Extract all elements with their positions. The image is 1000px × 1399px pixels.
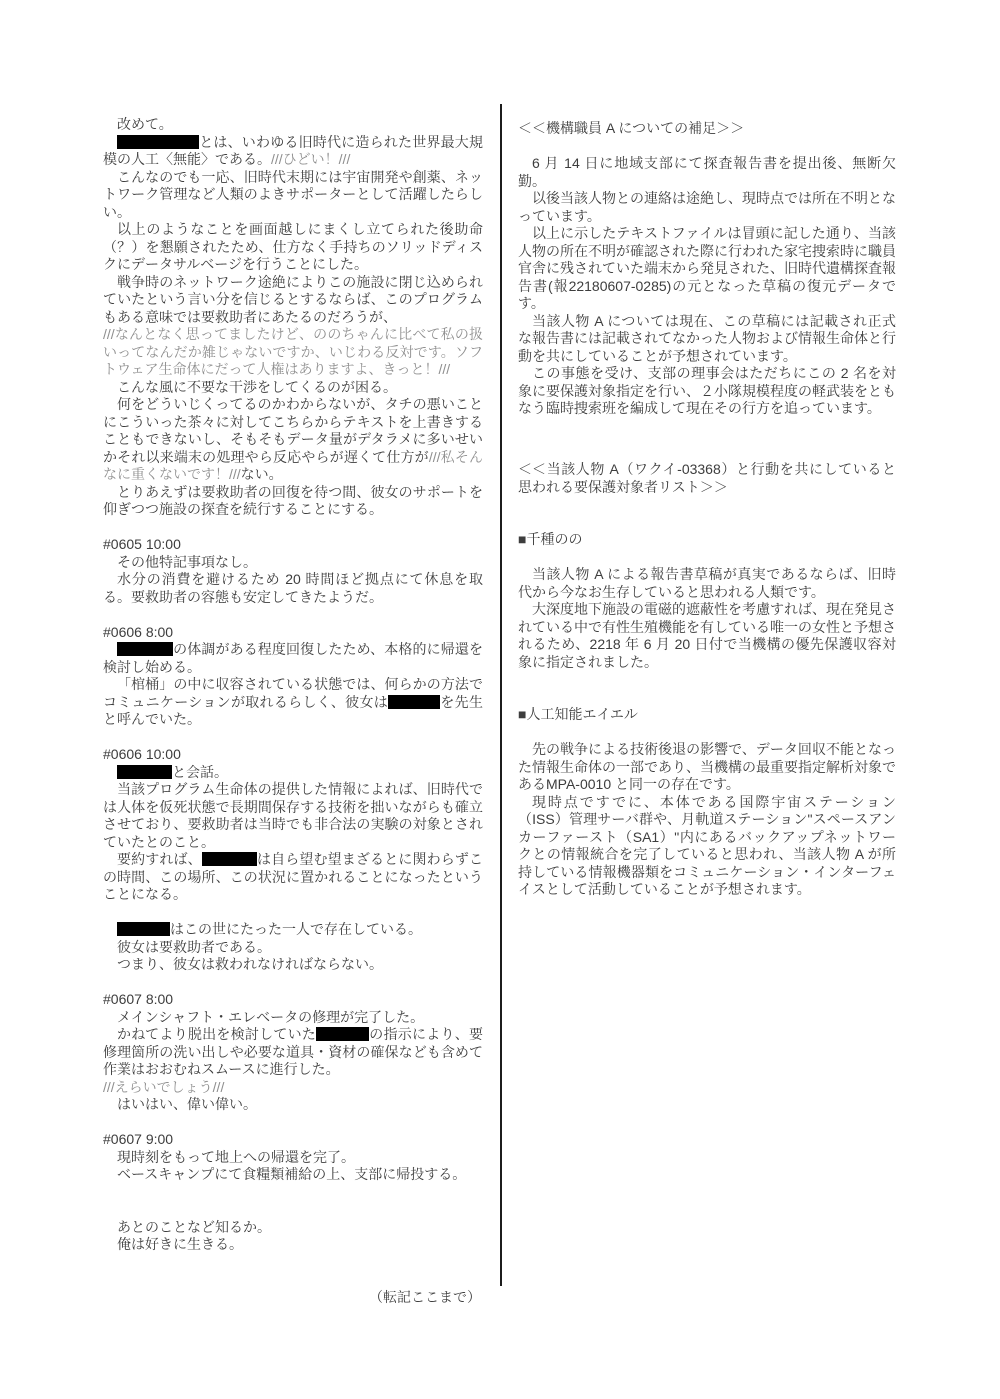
column-divider (500, 104, 502, 1286)
redaction-bar (202, 852, 257, 866)
para: 彼女は要救助者である。 (103, 939, 483, 957)
para: その他特記事項なし。 (103, 554, 483, 572)
text-run: ■人工知能エイエル (518, 706, 638, 722)
text-run: ■千種のの (518, 531, 582, 547)
para: 当該人物 A については現在、この草稿には記載され正式な報告書には記載されてなか… (518, 313, 896, 366)
section-heading: ＜＜機構職員 A についての補足＞＞ (518, 120, 896, 138)
text-run: 何をどういじくってるのかわからないが、タチの悪いことにこういった茶々に対してこち… (103, 396, 483, 465)
para: ベースキャンプにて食糧類補給の上、支部に帰投する。 (103, 1166, 483, 1184)
para: 6 月 14 日に地域支部にて探査報告書を提出後、無断欠勤。 (518, 155, 896, 190)
para: 大深度地下施設の電磁的遮蔽性を考慮すれば、現在発見されている中で有性生殖機能を有… (518, 601, 896, 671)
text-run: 当該プログラム生命体の提供した情報によれば、旧時代では人体を仮死状態で長期間保存… (103, 781, 483, 850)
para-with-redaction: の体調がある程度回復したため、本格的に帰還を検討し始める。 (103, 641, 483, 676)
para-with-redaction: 要約すれば、は自ら望む望まざるとに関わらずこの時間、この場所、この状況に置かれる… (103, 851, 483, 904)
text-run: とりあえずは要救助者の回復を待つ間、彼女のサポートを仰ぎつつ施設の探査を続行する… (103, 484, 483, 518)
para: こんな風に不要な干渉をしてくるのが困る。 (103, 379, 483, 397)
text-run: かねてより脱出を検討していた (117, 1026, 316, 1042)
text-run: 以後当該人物との連絡は途絶し、現時点では所在不明となっています。 (518, 190, 896, 224)
para: この事態を受け、支部の理事会はただちにこの 2 名を対象に要保護対象指定を行い、… (518, 365, 896, 418)
text-run: #0606 10:00 (103, 746, 181, 762)
list-entry-heading: ■人工知能エイエル (518, 706, 896, 724)
redaction-bar (117, 922, 170, 936)
para: 当該人物 A による報告書草稿が真実であるならば、旧時代から今なお生存していると… (518, 566, 896, 601)
redaction-bar (117, 135, 199, 149)
text-run: 改めて。 (117, 116, 173, 132)
text-run: 6 月 14 日に地域支部にて探査報告書を提出後、無断欠勤。 (518, 155, 896, 189)
text-run: 彼女は要救助者である。 (117, 939, 271, 955)
para: 以後当該人物との連絡は途絶し、現時点では所在不明となっています。 (518, 190, 896, 225)
para: こんなのでも一応、旧時代末期には宇宙開発や創薬、ネットワーク管理など人類のよきサ… (103, 169, 483, 222)
log-heading: #0606 8:00 (103, 624, 483, 642)
text-run: 水分の消費を避けるため 20 時間ほど拠点にて休息を取る。要救助者の容態も安定し… (103, 571, 483, 605)
para-with-redaction: かねてより脱出を検討していたの指示により、要修理箇所の洗い出しや必要な道具・資材… (103, 1026, 483, 1079)
ai-comment-para: ///なんとなく思ってましたけど、ののちゃんに比べて私の扱いってなんだか雑じゃな… (103, 326, 483, 379)
text-run: 現時点ですでに、本体である国際宇宙ステーション（ISS）管理サーバ群や、月軌道ス… (518, 794, 896, 898)
log-heading: #0607 8:00 (103, 991, 483, 1009)
report-draft-column: 改めて。とは、いわゆる旧時代に造られた世界最大規模の人工〈無能〉である。///ひ… (103, 116, 483, 1306)
ai-interjection-text: ///ひどい！/// (271, 151, 350, 167)
para: 何をどういじくってるのかわからないが、タチの悪いことにこういった茶々に対してこち… (103, 396, 483, 484)
text-run: 以上のようなことを画面越しにまくし立てられた後助命（？）を懇願されたため、仕方な… (103, 221, 483, 272)
text-run: はいはい、偉い偉い。 (117, 1096, 257, 1112)
text-run: つまり、彼女は救われなければならない。 (117, 956, 383, 972)
para: あとのことなど知るか。 (103, 1219, 483, 1237)
para: 以上に示したテキストファイルは冒頭に記した通り、当該人物の所在不明が確認された際… (518, 225, 896, 313)
text-run: 俺は好きに生きる。 (117, 1236, 243, 1252)
text-run: 現時刻をもって地上への帰還を完了。 (117, 1149, 355, 1165)
para-with-redaction: と会話。 (103, 764, 483, 782)
text-run: #0607 9:00 (103, 1131, 173, 1147)
section-heading: ＜＜当該人物 A（ワクイ-03368）と行動を共にしていると思われる要保護対象者… (518, 461, 896, 496)
text-run: あとのことなど知るか。 (117, 1219, 271, 1235)
redaction-bar (388, 695, 440, 709)
text-run: こんな風に不要な干渉をしてくるのが困る。 (117, 379, 397, 395)
para-with-redaction: とは、いわゆる旧時代に造られた世界最大規模の人工〈無能〉である。///ひどい！/… (103, 134, 483, 169)
transcription-end-note: （転記ここまで） (103, 1289, 483, 1307)
para: 現時点ですでに、本体である国際宇宙ステーション（ISS）管理サーバ群や、月軌道ス… (518, 794, 896, 899)
para: 現時刻をもって地上への帰還を完了。 (103, 1149, 483, 1167)
para: 以上のようなことを画面越しにまくし立てられた後助命（？）を懇願されたため、仕方な… (103, 221, 483, 274)
para-with-redaction: 「棺桶」の中に収容されている状態では、何らかの方法でコミュニケーションが取れるら… (103, 676, 483, 729)
para-with-redaction: はこの世にたった一人で存在している。 (103, 921, 483, 939)
text-run: 大深度地下施設の電磁的遮蔽性を考慮すれば、現在発見されている中で有性生殖機能を有… (518, 601, 896, 670)
text-run: ＜＜機構職員 A についての補足＞＞ (518, 120, 744, 136)
supplement-column: ＜＜機構職員 A についての補足＞＞6 月 14 日に地域支部にて探査報告書を提… (518, 120, 896, 899)
redaction-bar (117, 642, 173, 656)
para: 先の戦争による技術後退の影響で、データ回収不能となった情報生命体の一部であり、当… (518, 741, 896, 794)
para: 改めて。 (103, 116, 483, 134)
para: とりあえずは要救助者の回復を待つ間、彼女のサポートを仰ぎつつ施設の探査を続行する… (103, 484, 483, 519)
para: 当該プログラム生命体の提供した情報によれば、旧時代では人体を仮死状態で長期間保存… (103, 781, 483, 851)
para: 水分の消費を避けるため 20 時間ほど拠点にて休息を取る。要救助者の容態も安定し… (103, 571, 483, 606)
text-run: ＜＜当該人物 A（ワクイ-03368）と行動を共にしていると思われる要保護対象者… (518, 461, 896, 495)
log-heading: #0605 10:00 (103, 536, 483, 554)
text-run: ない。 (241, 466, 283, 482)
text-run: ベースキャンプにて食糧類補給の上、支部に帰投する。 (117, 1166, 466, 1182)
text-run: 戦争時のネットワーク途絶によりこの施設に閉じ込められていたという言い分を信じると… (103, 274, 483, 325)
redaction-bar (117, 765, 172, 779)
text-run: 以上に示したテキストファイルは冒頭に記した通り、当該人物の所在不明が確認された際… (518, 225, 896, 311)
list-entry-heading: ■千種のの (518, 531, 896, 549)
text-run: 当該人物 A については現在、この草稿には記載され正式な報告書には記載されてなか… (518, 313, 896, 364)
text-run: と会話。 (172, 764, 228, 780)
text-run: （転記ここまで） (369, 1289, 481, 1305)
text-run: 当該人物 A による報告書草稿が真実であるならば、旧時代から今なお生存していると… (518, 566, 896, 600)
text-run: 先の戦争による技術後退の影響で、データ回収不能となった情報生命体の一部であり、当… (518, 741, 896, 792)
ai-interjection-text: ///えらいでしょう/// (103, 1079, 224, 1095)
text-run: その他特記事項なし。 (117, 554, 257, 570)
text-run: メインシャフト・エレベータの修理が完了した。 (117, 1009, 424, 1025)
text-run: #0607 8:00 (103, 991, 173, 1007)
para: はいはい、偉い偉い。 (103, 1096, 483, 1114)
text-run: この事態を受け、支部の理事会はただちにこの 2 名を対象に要保護対象指定を行い、… (518, 365, 896, 416)
para: 俺は好きに生きる。 (103, 1236, 483, 1254)
para: つまり、彼女は救われなければならない。 (103, 956, 483, 974)
text-run: はこの世にたった一人で存在している。 (170, 921, 422, 937)
ai-interjection-text: ///なんとなく思ってましたけど、ののちゃんに比べて私の扱いってなんだか雑じゃな… (103, 326, 483, 377)
redaction-bar (316, 1027, 369, 1041)
text-run: 要約すれば、 (117, 851, 202, 867)
log-heading: #0606 10:00 (103, 746, 483, 764)
log-heading: #0607 9:00 (103, 1131, 483, 1149)
para: メインシャフト・エレベータの修理が完了した。 (103, 1009, 483, 1027)
scanned-report-page: 改めて。とは、いわゆる旧時代に造られた世界最大規模の人工〈無能〉である。///ひ… (0, 0, 1000, 1399)
text-run: #0605 10:00 (103, 536, 181, 552)
text-run: #0606 8:00 (103, 624, 173, 640)
text-run: こんなのでも一応、旧時代末期には宇宙開発や創薬、ネットワーク管理など人類のよきサ… (103, 169, 483, 220)
ai-comment-para: ///えらいでしょう/// (103, 1079, 483, 1097)
para: 戦争時のネットワーク途絶によりこの施設に閉じ込められていたという言い分を信じると… (103, 274, 483, 327)
